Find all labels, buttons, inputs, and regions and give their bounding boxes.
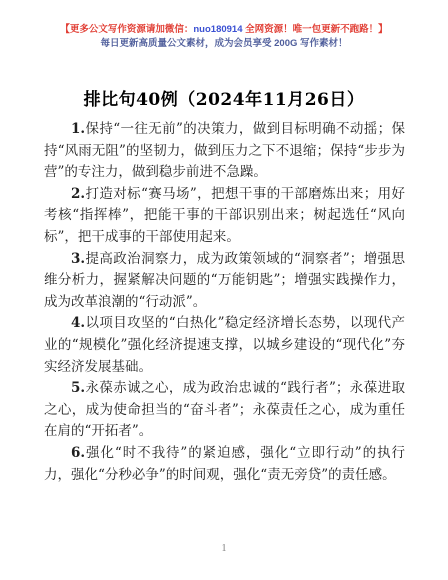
body-paragraph: 5.永葆赤诚之心，成为政治忠诚的“践行者”；永葆进取之心，成为使命担当的“奋斗者… xyxy=(44,378,405,443)
promo-line-1: 【更多公文写作资源请加微信：nuo180914 全网资源！唯一包更新不跑路！】 xyxy=(0,23,448,37)
promo-banner: 【更多公文写作资源请加微信：nuo180914 全网资源！唯一包更新不跑路！】 … xyxy=(0,0,448,50)
promo-wechat-id: nuo180914 xyxy=(193,24,242,35)
body-paragraph: 3.提高政治洞察力，成为政策领域的“洞察者”；增强思维分析力，握紧解决问题的“万… xyxy=(44,249,405,314)
paragraph-number: 3. xyxy=(71,251,85,267)
paragraph-text: 以项目攻坚的“白热化”稳定经济增长态势，以现代产业的“规模化”强化经济提速支撑，… xyxy=(44,315,405,374)
paragraph-text: 提高政治洞察力，成为政策领域的“洞察者”；增强思维分析力，握紧解决问题的“万能钥… xyxy=(44,251,405,310)
body-paragraph: 2.打造对标“赛马场”，把想干事的干部磨炼出来；用好考核“指挥棒”，把能干事的干… xyxy=(44,184,405,249)
paragraph-text: 强化“时不我待”的紧迫感，强化“立即行动”的执行力，强化“分秒必争”的时间观，强… xyxy=(44,445,405,483)
promo-line1-suffix: 全网资源！唯一包更新不跑路！】 xyxy=(243,24,388,35)
paragraph-number: 1. xyxy=(71,121,85,137)
document-body: 1.保持“一往无前”的决策力，做到目标明确不动摇；保持“风雨无阻”的坚韧力，做到… xyxy=(44,119,405,486)
document-page: 【更多公文写作资源请加微信：nuo180914 全网资源！唯一包更新不跑路！】 … xyxy=(0,0,448,580)
body-paragraph: 1.保持“一往无前”的决策力，做到目标明确不动摇；保持“风雨无阻”的坚韧力，做到… xyxy=(44,119,405,184)
paragraph-number: 6. xyxy=(71,445,85,461)
body-paragraph: 4.以项目攻坚的“白热化”稳定经济增长态势，以现代产业的“规模化”强化经济提速支… xyxy=(44,313,405,378)
paragraph-number: 4. xyxy=(71,315,85,331)
promo-line1-prefix: 【更多公文写作资源请加微信： xyxy=(60,24,193,35)
paragraph-text: 保持“一往无前”的决策力，做到目标明确不动摇；保持“风雨无阻”的坚韧力，做到压力… xyxy=(44,121,405,180)
paragraph-text: 打造对标“赛马场”，把想干事的干部磨炼出来；用好考核“指挥棒”，把能干事的干部识… xyxy=(44,186,405,245)
body-paragraph: 6.强化“时不我待”的紧迫感，强化“立即行动”的执行力，强化“分秒必争”的时间观… xyxy=(44,443,405,486)
page-number: 1 xyxy=(0,543,448,554)
paragraph-text: 永葆赤诚之心，成为政治忠诚的“践行者”；永葆进取之心，成为使命担当的“奋斗者”；… xyxy=(44,380,405,439)
paragraph-number: 5. xyxy=(71,380,85,396)
promo-line-2: 每日更新高质量公文素材，成为会员享受 200G 写作素材！ xyxy=(0,37,448,51)
paragraph-number: 2. xyxy=(71,186,85,202)
page-title: 排比句40例（2024年11月26日） xyxy=(0,85,448,110)
